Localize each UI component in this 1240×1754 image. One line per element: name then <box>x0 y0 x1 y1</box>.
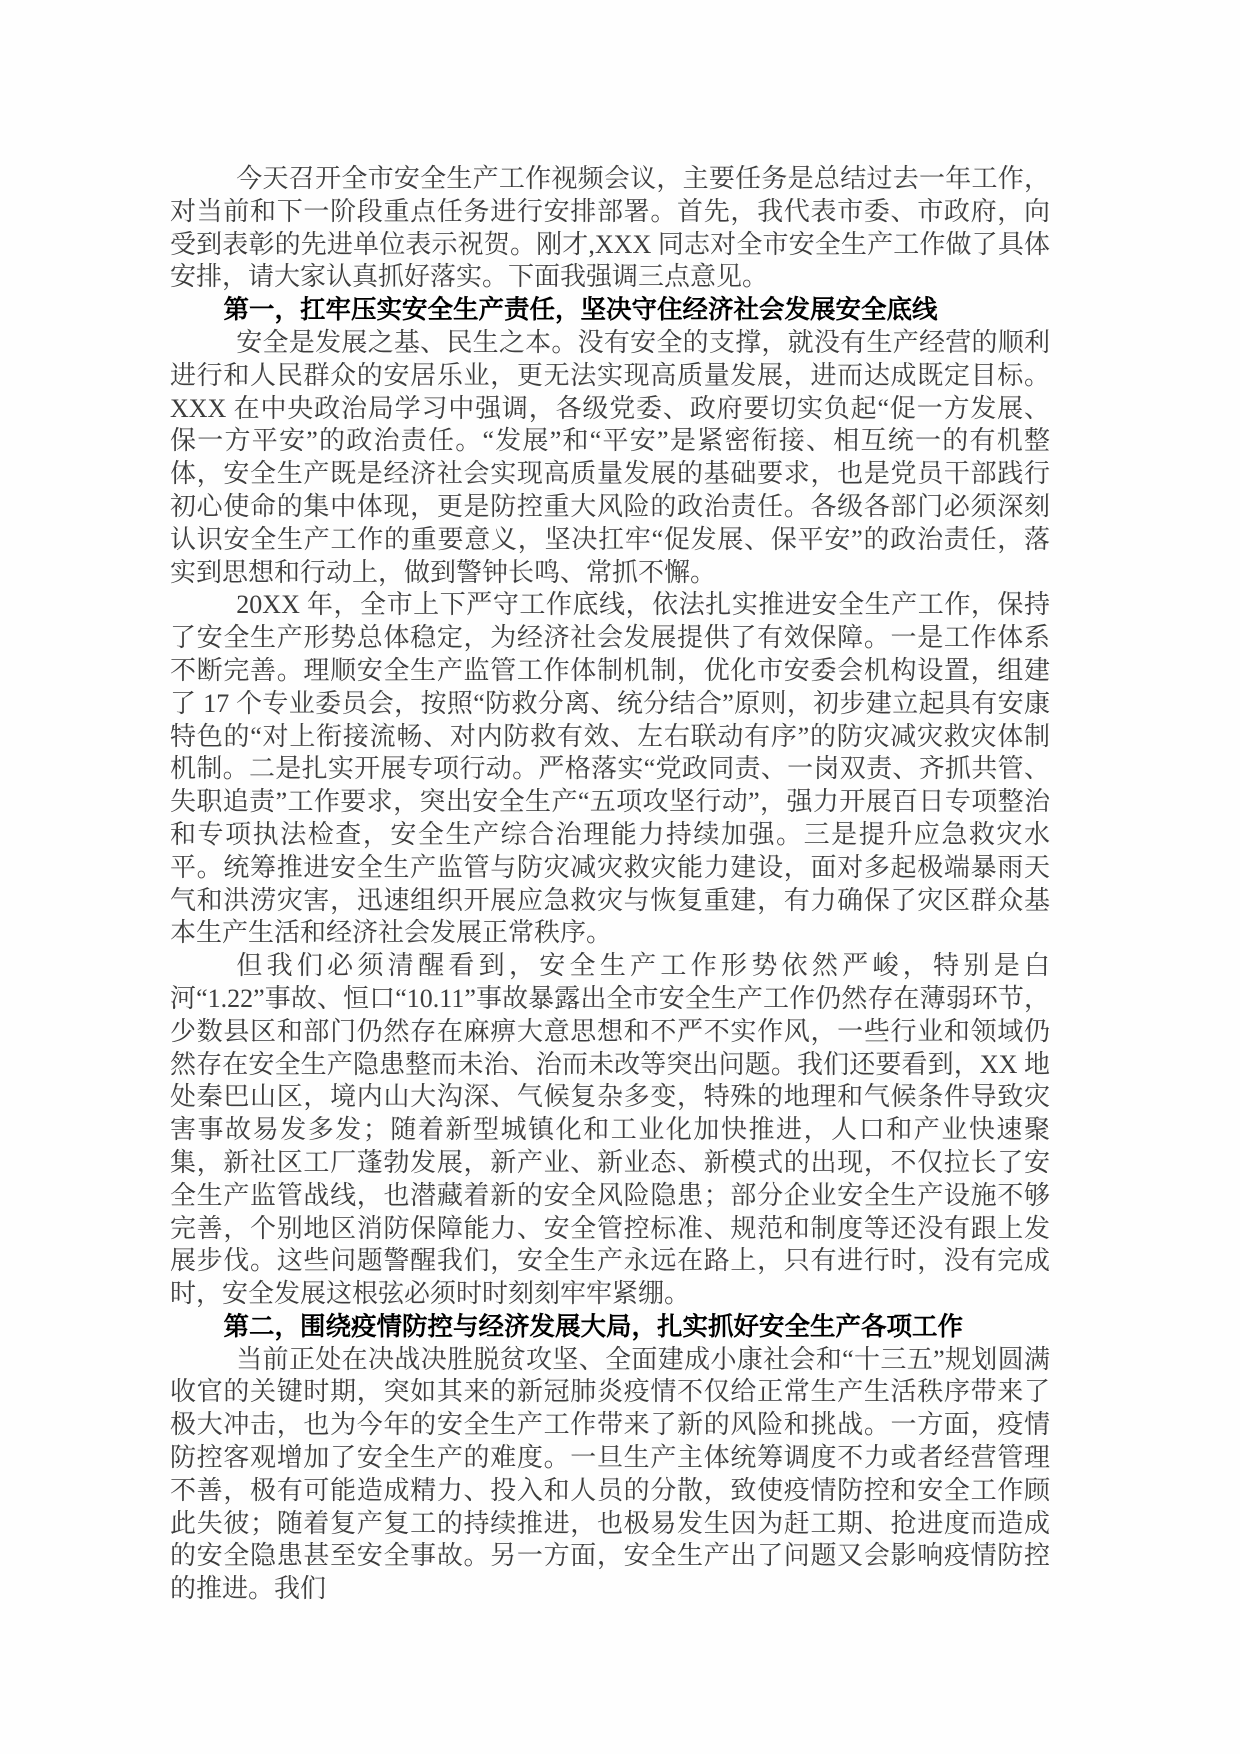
paragraph: 但我们必须清醒看到，安全生产工作形势依然严峻，特别是白河“1.22”事故、恒口“… <box>170 950 1050 1311</box>
paragraph: 当前正处在决战决胜脱贫攻坚、全面建成小康社会和“十三五”规划圆满收官的关键时期，… <box>170 1344 1050 1606</box>
section-heading: 第二，围绕疫情防控与经济发展大局，扎实抓好安全生产各项工作 <box>170 1311 1050 1344</box>
document-page: 今天召开全市安全生产工作视频会议，主要任务是总结过去一年工作，对当前和下一阶段重… <box>0 0 1240 1754</box>
paragraph: 今天召开全市安全生产工作视频会议，主要任务是总结过去一年工作，对当前和下一阶段重… <box>170 163 1050 294</box>
paragraph: 20XX 年，全市上下严守工作底线，依法扎实推进安全生产工作，保持了安全生产形势… <box>170 589 1050 950</box>
document-body: 今天召开全市安全生产工作视频会议，主要任务是总结过去一年工作，对当前和下一阶段重… <box>170 163 1050 1606</box>
paragraph: 安全是发展之基、民生之本。没有安全的支撑，就没有生产经营的顺利进行和人民群众的安… <box>170 327 1050 589</box>
section-heading: 第一，扛牢压实安全生产责任，坚决守住经济社会发展安全底线 <box>170 294 1050 327</box>
